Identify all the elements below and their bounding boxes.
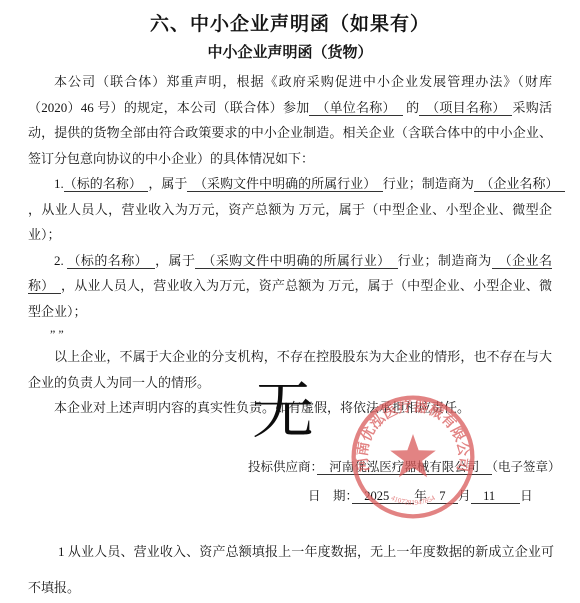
footnote: 1 从业人员、营业收入、资产总额填报上一年度数据，无上一年度数据的新成立企业可不…: [28, 534, 554, 603]
section-title: 六、中小企业声明函（如果有）: [0, 14, 580, 36]
paragraph-intro: 本公司（联合体）郑重声明，根据《政府采购促进中小企业发展管理办法》（财库（202…: [28, 69, 552, 171]
handwritten-none-mark: 无: [252, 381, 314, 443]
ellipsis-marks: ” ”: [28, 324, 552, 344]
item-1: 1.（标的名称） ，属于 （采购文件中明确的所属行业） 行业；制造商为 （企业名…: [28, 171, 552, 248]
date-line: 日 期： 2025 年 7 月 11 日: [308, 487, 533, 506]
declaration-document-page: 六、中小企业声明函（如果有） 中小企业声明函（货物） 本公司（联合体）郑重声明，…: [0, 0, 580, 603]
document-title: 中小企业声明函（货物）: [0, 43, 580, 63]
item-2: 2. （标的名称） ，属于 （采购文件中明确的所属行业） 行业；制造商为 （企业…: [28, 248, 552, 325]
document-body: 本公司（联合体）郑重声明，根据《政府采购促进中小企业发展管理办法》（财库（202…: [28, 69, 552, 421]
supplier-line: 投标供应商： 河南优泓医疗器械有限公司 （电子签章）: [248, 458, 561, 477]
